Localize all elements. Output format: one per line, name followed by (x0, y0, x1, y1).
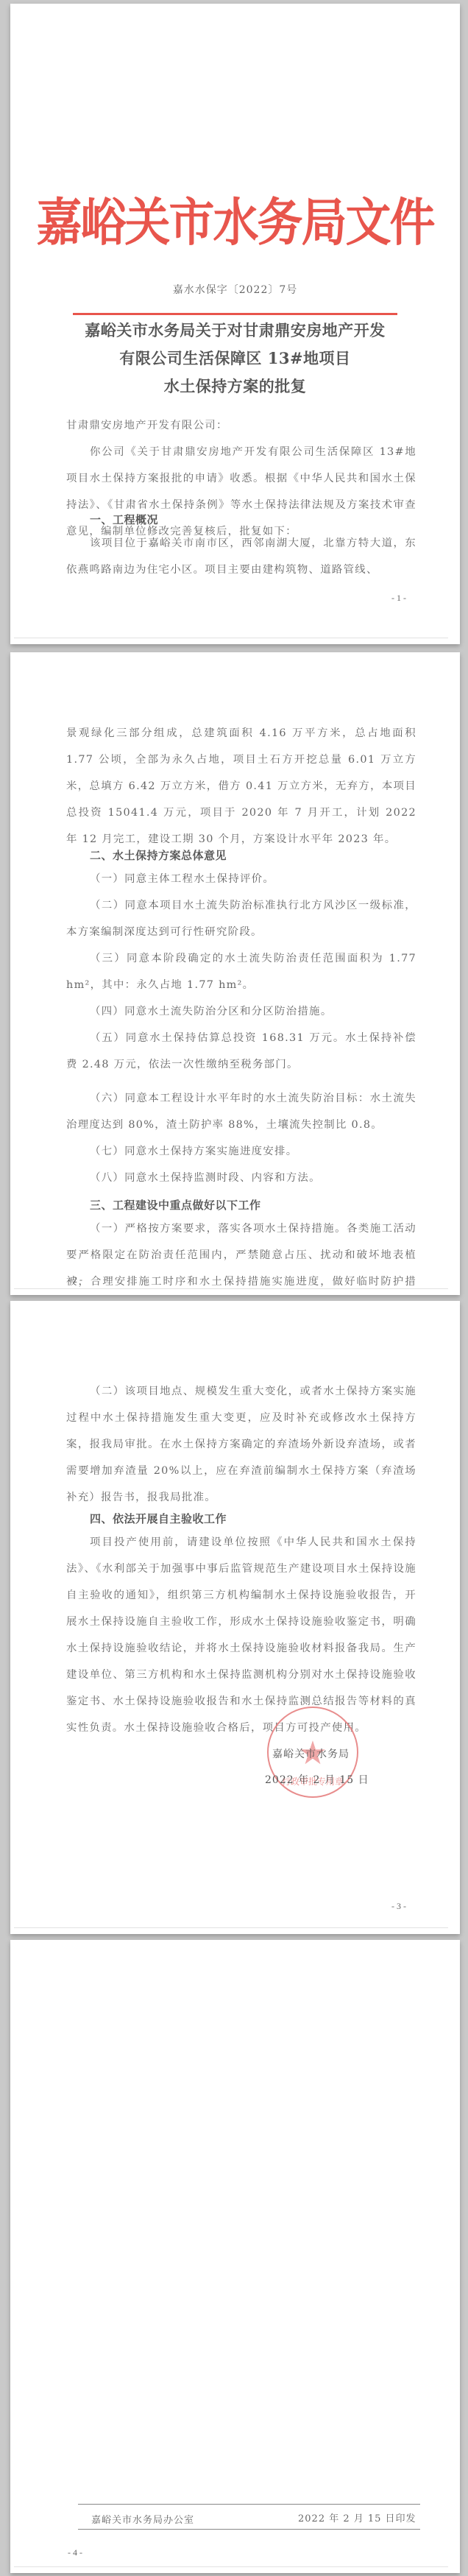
section-3-heading: 三、工程建设中重点做好以下工作 (90, 1197, 261, 1213)
section-2-item-8: （八）同意水土保持监测时段、内容和方法。 (66, 1165, 416, 1191)
page-1: 嘉峪关市水务局文件 嘉水水保字〔2022〕7号 嘉峪关市水务局关于对甘肃鼎安房地… (10, 4, 460, 644)
section-2-item-1: （一）同意主体工程水土保持评价。 (66, 866, 416, 892)
document-number: 嘉水水保字〔2022〕7号 (10, 282, 460, 297)
page-number-2: - 2 - (68, 1274, 82, 1285)
addressee: 甘肃鼎安房地产开发有限公司： (66, 412, 416, 439)
section-1-heading: 一、工程概况 (90, 512, 158, 527)
title-line-3: 水土保持方案的批复 (10, 373, 460, 400)
title-line-2: 有限公司生活保障区 13#地项目 (10, 345, 460, 373)
signing-date: 2022 年 2 月 15 日 (265, 1772, 369, 1787)
section-1-text-part1: 该项目位于嘉峪关市南市区，西邻南湖大厦，北靠方特大道，东依燕鸣路南边为住宅小区。… (66, 530, 416, 583)
section-4-heading: 四、依法开展自主验收工作 (90, 1511, 227, 1526)
section-4-text: 项目投产使用前，请建设单位按照《中华人民共和国水土保持法》、《水利部关于加强事中… (66, 1529, 416, 1741)
page-number-1: - 1 - (391, 593, 406, 604)
section-3-item-2: （二）该项目地点、规模发生重大变化，或者水土保持方案实施过程中水土保持措施发生重… (66, 1378, 416, 1511)
section-2-heading: 二、水土保持方案总体意见 (90, 847, 227, 863)
document-header-title: 嘉峪关市水务局文件 (10, 182, 460, 255)
page-number-3: - 3 - (391, 1901, 406, 1912)
footer-issue-date: 2022 年 2 月 15 日印发 (298, 2510, 416, 2524)
footer-top-rule (78, 2504, 420, 2505)
page-3: （二）该项目地点、规模发生重大变化，或者水土保持方案实施过程中水土保持措施发生重… (10, 1301, 460, 1934)
page-2: 景观绿化三部分组成，总建筑面积 4.16 万平方米，总占地面积 1.77 公顷，… (10, 652, 460, 1295)
page-4: 嘉峪关市水务局办公室 2022 年 2 月 15 日印发 - 4 - (10, 1940, 460, 2573)
title-line-1: 嘉峪关市水务局关于对甘肃鼎安房地产开发 (10, 317, 460, 345)
signing-organization: 嘉峪关市水务局 (272, 1746, 350, 1761)
section-2-item-2: （二）同意本项目水土流失防治标准执行北方风沙区一级标准，本方案编制深度达到可行性… (66, 892, 416, 945)
intro-paragraph: 你公司《关于甘肃鼎安房地产开发有限公司生活保障区 13#地项目水土保持方案报批的… (66, 439, 416, 545)
red-divider (73, 313, 397, 315)
footer-issuer: 嘉峪关市水务局办公室 (91, 2512, 194, 2526)
footer-bottom-rule (78, 2529, 420, 2530)
page-number-4: - 4 - (68, 2547, 82, 2558)
section-2-item-6: （六）同意本工程设计水平年时的水土流失防治目标：水土流失治理度达到 80%，渣土… (66, 1085, 416, 1138)
section-2-item-7: （七）同意水土保持方案实施进度安排。 (66, 1138, 416, 1165)
section-2-item-5: （五）同意水土保持估算总投资 168.31 万元。水土保持补偿费 2.48 万元… (66, 1025, 416, 1078)
section-2-item-4: （四）同意水土流失防治分区和分区防治措施。 (66, 998, 416, 1025)
section-2-item-3: （三）同意本阶段确定的水土流失防治责任范围面积为 1.77 hm²，其中：永久占… (66, 945, 416, 998)
section-1-text-part2: 景观绿化三部分组成，总建筑面积 4.16 万平方米，总占地面积 1.77 公顷，… (66, 720, 416, 853)
